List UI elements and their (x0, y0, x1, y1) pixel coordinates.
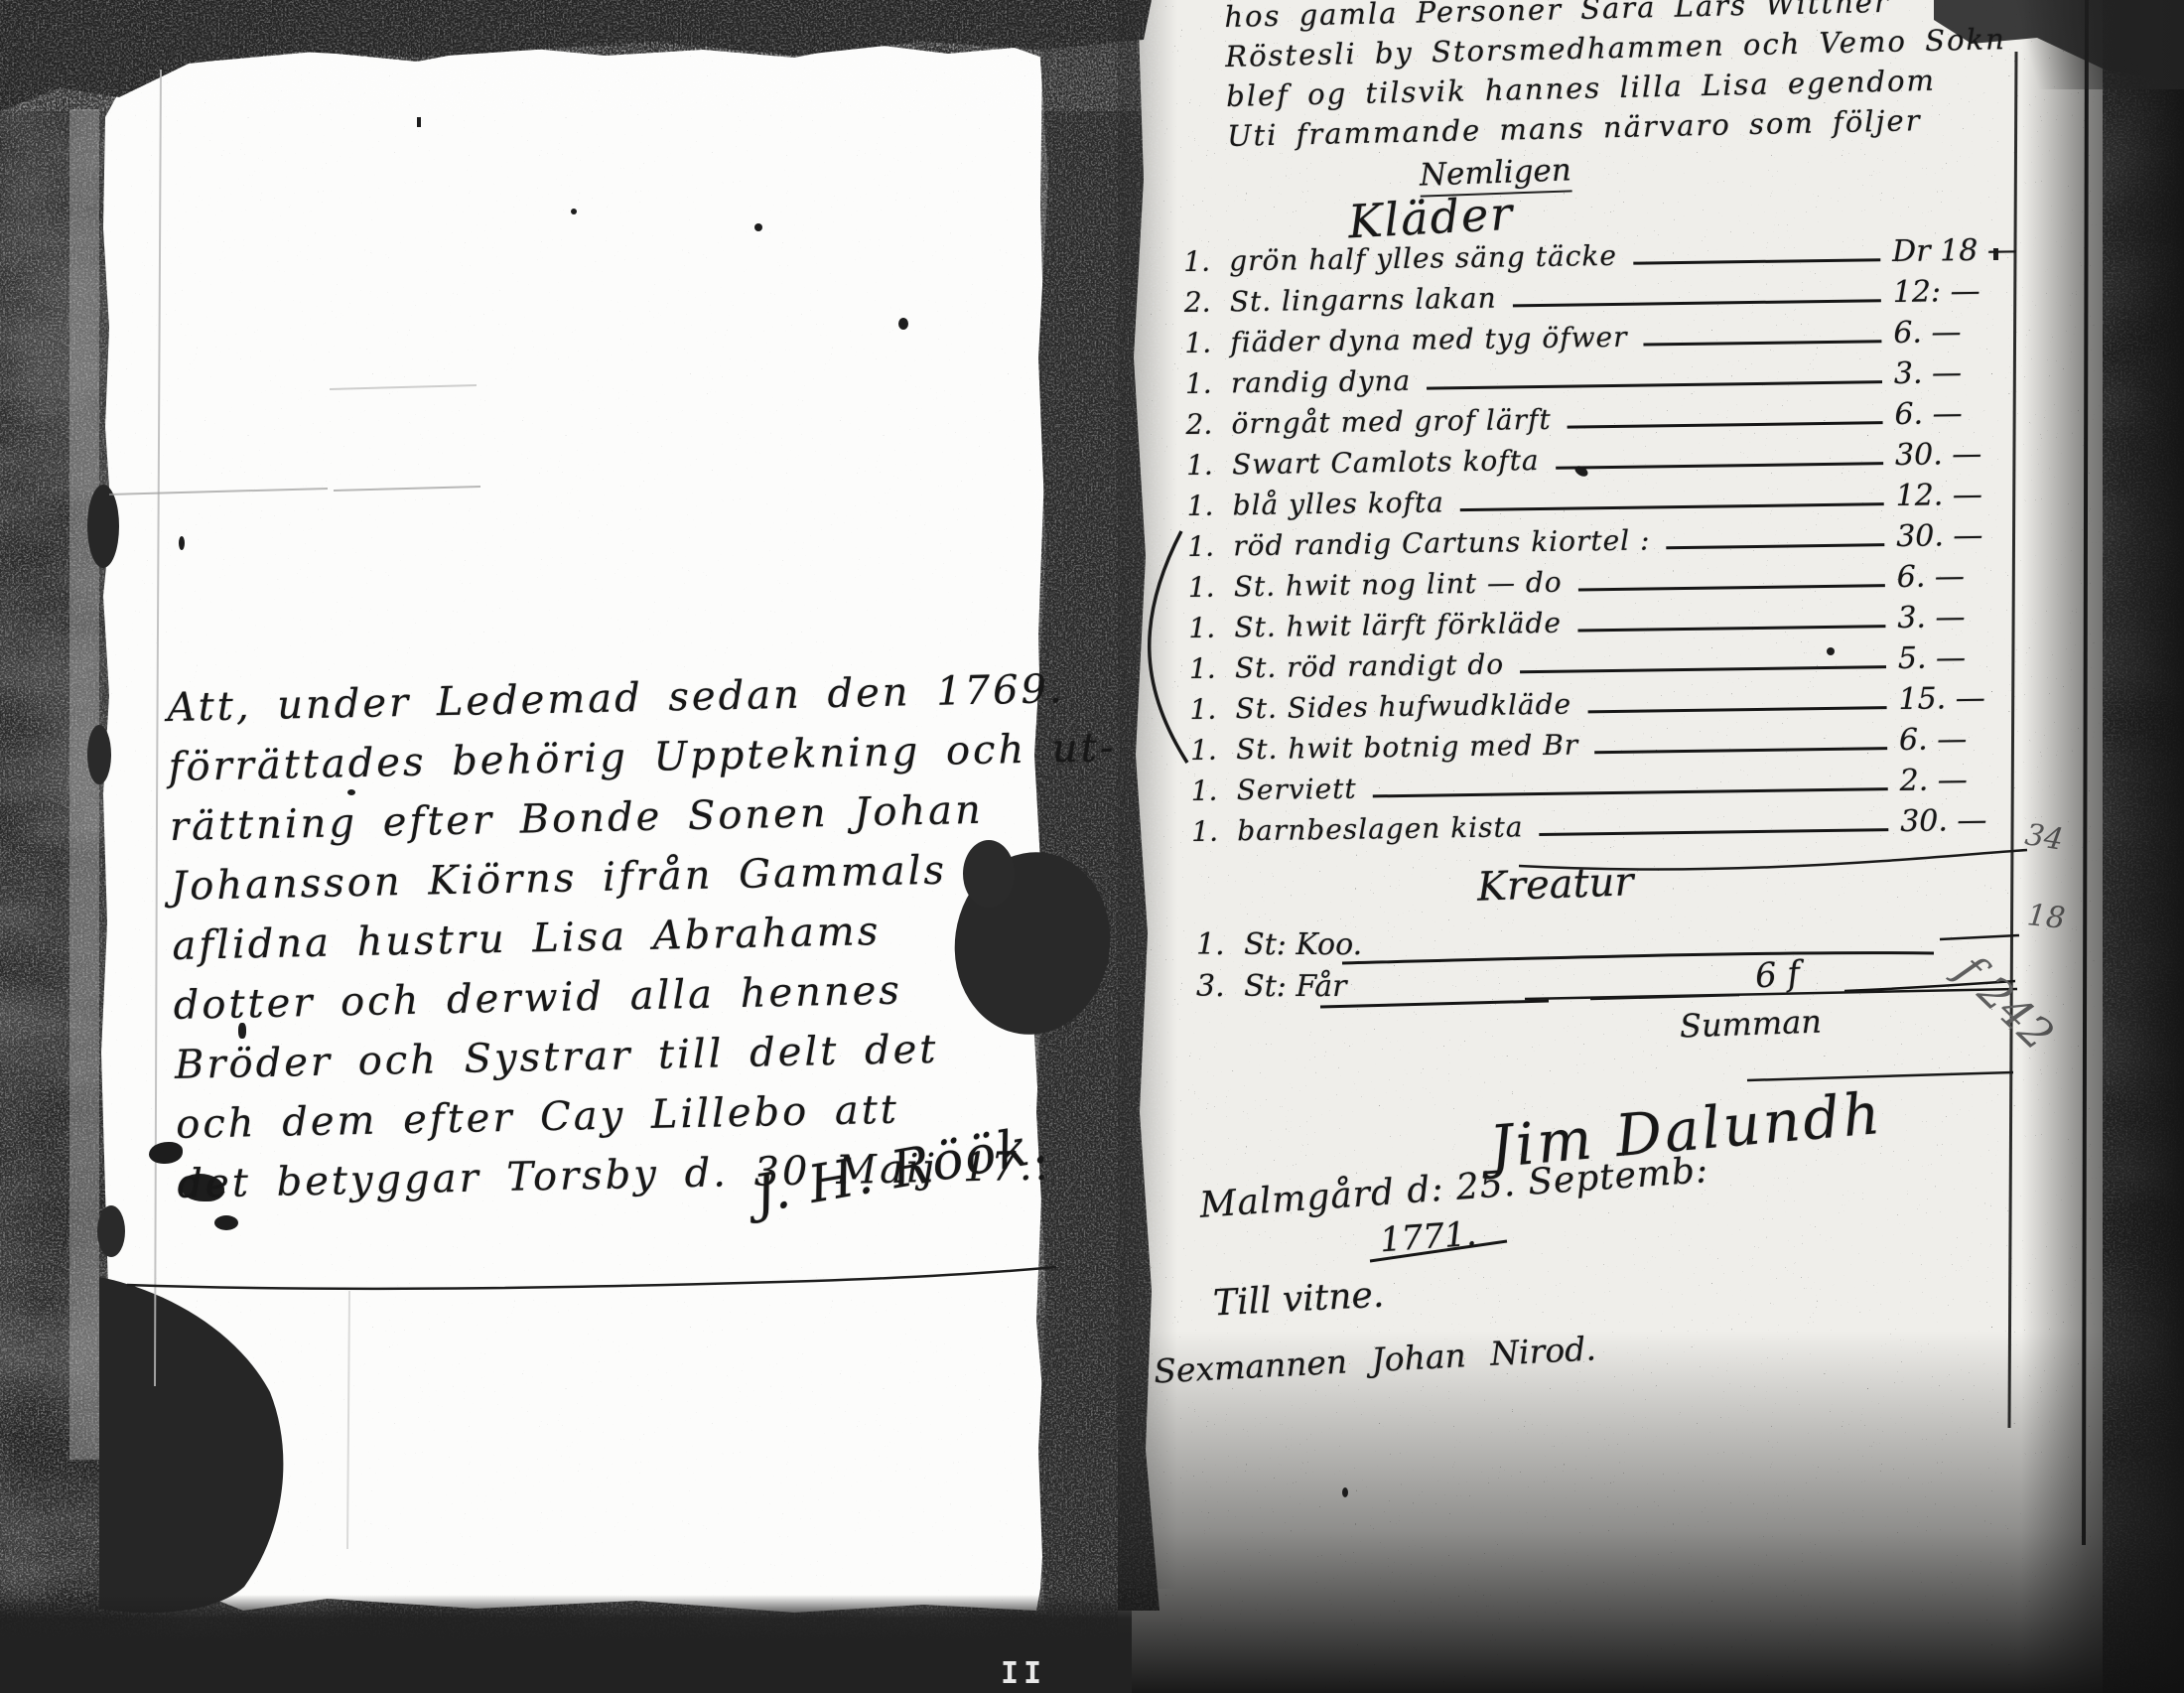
dash-leader (1513, 299, 1881, 307)
item-value: 30. — (1895, 436, 2026, 473)
item-quantity: 1. (1188, 611, 1234, 644)
item-value: 12: — (1893, 273, 2024, 310)
item-quantity: 1. (1189, 651, 1235, 685)
item-quantity: 1. (1184, 326, 1230, 359)
item-value: 30. — (1900, 802, 2031, 839)
item-value: 6. — (1897, 558, 2028, 595)
item-value: 5. — (1898, 639, 2029, 676)
item-value: 2. — (1899, 762, 2030, 798)
kreatur-heading: Kreatur (1476, 859, 1634, 910)
kreatur-row-far: 3. St: Får (1196, 969, 1346, 1004)
item-description: blå ylles kofta (1232, 486, 1444, 521)
item-quantity: 2. (1184, 285, 1230, 319)
item-description: St: Koo. (1244, 927, 1362, 962)
item-description: Swart Camlots kofta (1232, 444, 1540, 481)
item-description: St. röd randigt do (1235, 648, 1505, 685)
item-value: 3. — (1897, 599, 2028, 635)
item-description: St. Sides hufwudkläde (1235, 688, 1571, 726)
item-description: randig dyna (1231, 364, 1412, 400)
dash-leader (1556, 462, 1883, 470)
dash-leader (1644, 340, 1882, 346)
item-quantity: 3. (1196, 969, 1225, 1004)
dash-leader (1540, 828, 1889, 836)
item-quantity: 2. (1185, 407, 1231, 441)
item-quantity: 1. (1186, 448, 1232, 482)
item-description: grön half ylles säng täcke (1229, 239, 1617, 277)
dash-leader (1578, 584, 1885, 591)
dash-leader (1427, 380, 1882, 389)
item-description: St. lingarns lakan (1230, 282, 1497, 319)
item-description: röd randig Cartuns kiortel : (1233, 523, 1651, 562)
film-frame-mark: II (1001, 1656, 1046, 1691)
item-value: 6. — (1899, 721, 2030, 758)
dash-leader (1568, 421, 1883, 428)
item-quantity: 1. (1185, 366, 1231, 400)
inventory-list: 1. grön half ylles säng täcke Dr 18 — 2.… (1183, 232, 2032, 855)
item-quantity: 1. (1196, 927, 1225, 962)
item-value: Dr 18 — (1892, 232, 2023, 269)
item-quantity: 1. (1183, 244, 1229, 278)
item-description: Serviett (1236, 773, 1356, 807)
right-page-header: hos gamla Personer Sara Lars WittnerRöst… (1224, 0, 2021, 159)
date-year: 1771. (1379, 1214, 1478, 1261)
dash-leader (1577, 625, 1885, 632)
dash-leader (1520, 665, 1886, 673)
dash-leader (1594, 747, 1887, 754)
item-description: St: Får (1244, 969, 1346, 1004)
item-value: 15. — (1898, 680, 2029, 717)
item-quantity: 1. (1190, 733, 1236, 767)
item-quantity: 1. (1186, 489, 1232, 522)
dash-leader (1460, 502, 1884, 511)
item-value: 6. — (1894, 395, 2025, 432)
margin-total-far: 18 (2025, 898, 2067, 936)
margin-total-koo: 34 (2022, 817, 2065, 858)
item-quantity: 1. (1187, 529, 1233, 563)
dash-leader (1667, 543, 1885, 549)
item-value: 12. — (1895, 477, 2026, 513)
item-quantity: 1. (1189, 692, 1235, 726)
kreatur-row-koo: 1. St: Koo. (1196, 927, 1362, 962)
item-description: St. hwit nog lint — do (1234, 566, 1563, 604)
item-value: 3. — (1894, 354, 2025, 391)
item-description: örngåt med grof lärft (1231, 403, 1552, 440)
item-description: fiäder dyna med tyg öfwer (1230, 321, 1628, 359)
dash-leader (1373, 787, 1888, 797)
summa-label: Summan (1679, 1003, 1822, 1046)
item-value: 30. — (1896, 517, 2027, 554)
item-quantity: 1. (1191, 814, 1237, 848)
dash-leader (1633, 258, 1880, 264)
item-description: St. hwit lärft förkläde (1234, 607, 1562, 644)
item-description: St. hwit botnig med Br (1236, 728, 1579, 766)
item-description: barnbeslagen kista (1237, 810, 1524, 847)
manuscript-scan: Att, under Ledemad sedan den 1769.förrät… (0, 0, 2184, 1693)
item-quantity: 1. (1190, 774, 1236, 807)
dash-leader (1587, 706, 1886, 713)
item-quantity: 1. (1188, 570, 1234, 604)
item-value: 6. — (1893, 314, 2024, 351)
kreatur-mid-value: 6 f (1754, 953, 1802, 996)
